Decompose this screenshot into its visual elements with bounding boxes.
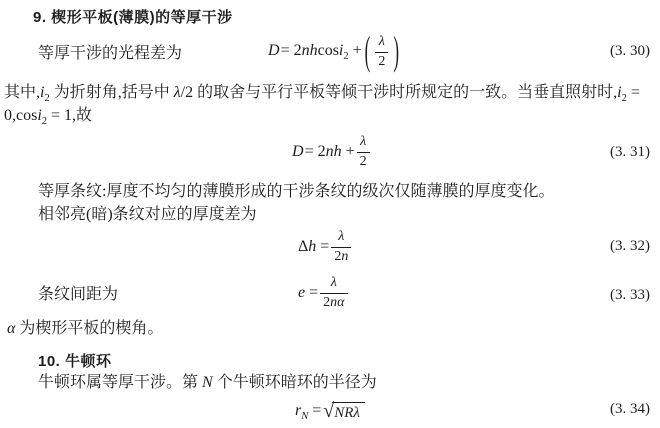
left-paren: ( bbox=[365, 29, 371, 76]
equation-number-333: (3. 33) bbox=[610, 287, 650, 304]
right-paren: ) bbox=[393, 29, 399, 76]
fraction-lambda-over-2: λ 2 bbox=[357, 134, 370, 169]
equal-thickness-fringes-line: 等厚条纹:厚度不均匀的薄膜形成的干涉条纹的级次仅随薄膜的厚度变化。 bbox=[38, 182, 554, 203]
equation-3-32: Δh = λ 2n bbox=[298, 230, 353, 264]
paragraph-line-2: 0,cosi2 = 1,故 bbox=[4, 106, 92, 129]
square-root: √ NRλ bbox=[323, 402, 365, 422]
paragraph-line-1: 其中,i2 为折射角,括号中 λ/2 的取舍与平行平板等倾干涉时所规定的一致。当… bbox=[4, 83, 640, 106]
equation-number-331: (3. 31) bbox=[610, 144, 650, 161]
fraction-denominator: 2n bbox=[331, 248, 351, 265]
equation-number-330: (3. 30) bbox=[610, 43, 650, 60]
fraction-denominator: 2 bbox=[357, 153, 370, 170]
fraction-denominator: 2nα bbox=[320, 294, 347, 311]
fraction-numerator: λ bbox=[331, 229, 351, 247]
fraction-numerator: λ bbox=[320, 275, 347, 293]
fraction-numerator: λ bbox=[375, 34, 388, 52]
eq-331-lhs: D= 2nh + bbox=[292, 143, 355, 161]
newton-rings-intro: 牛顿环属等厚干涉。第 N 个牛顿环暗环的半径为 bbox=[38, 373, 377, 394]
fraction-denominator: 2 bbox=[375, 53, 388, 70]
adjacent-fringes-line: 相邻亮(暗)条纹对应的厚度差为 bbox=[38, 205, 257, 226]
fraction-lambda-over-2n: λ 2n bbox=[331, 229, 351, 264]
fraction-lambda-over-2nalpha: λ 2nα bbox=[320, 275, 347, 310]
section-9-heading: 9. 楔形平板(薄膜)的等厚干涉 bbox=[33, 6, 233, 27]
fraction-lambda-over-2: λ 2 bbox=[375, 34, 388, 69]
fraction-numerator: λ bbox=[357, 134, 370, 152]
section-10-heading: 10. 牛顿环 bbox=[38, 350, 112, 371]
optical-path-label: 等厚干涉的光程差为 bbox=[38, 44, 182, 65]
wedge-angle-note: α 为楔形平板的楔角。 bbox=[7, 319, 163, 340]
equation-3-30: D= 2nhcosi2 + ( λ 2 ) bbox=[268, 30, 402, 74]
equation-3-33: e = λ 2nα bbox=[298, 276, 350, 310]
eq-334-lhs: rN = bbox=[295, 402, 321, 422]
equation-number-332: (3. 32) bbox=[610, 238, 650, 255]
equation-3-34: rN = √ NRλ bbox=[295, 400, 365, 424]
fringe-spacing-label: 条纹间距为 bbox=[38, 285, 118, 306]
equation-number-334: (3. 34) bbox=[610, 401, 650, 418]
document-page: 9. 楔形平板(薄膜)的等厚干涉 等厚干涉的光程差为 D= 2nhcosi2 +… bbox=[0, 0, 660, 428]
equation-3-31: D= 2nh + λ 2 bbox=[292, 134, 372, 170]
eq-332-lhs: Δh = bbox=[298, 238, 329, 256]
eq-330-lhs: D= 2nhcosi2 + bbox=[268, 42, 362, 62]
eq-333-lhs: e = bbox=[298, 284, 318, 302]
radicand: NRλ bbox=[332, 402, 365, 422]
